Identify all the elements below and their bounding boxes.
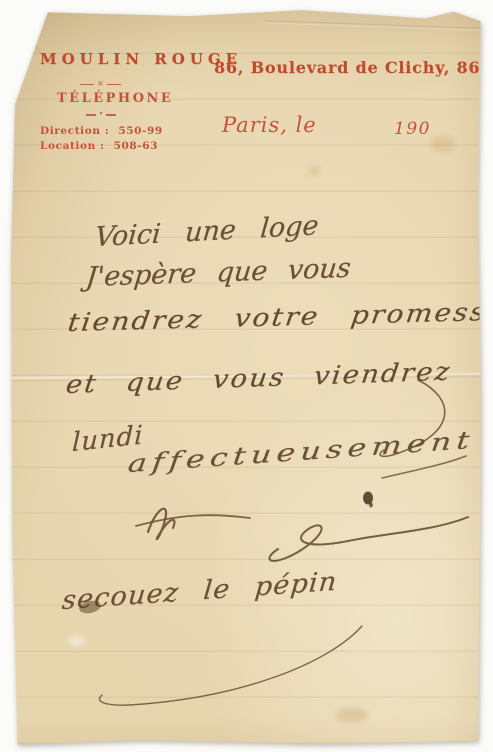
scanned-letter-photo: MOULIN ROUGE × TÉLÉPHONE • Direction : 5… (0, 0, 493, 752)
phone-direction-number: 550-99 (118, 125, 163, 137)
handwriting-line-4: et que vous viendrez (64, 356, 453, 399)
ink-blot (363, 492, 373, 505)
telephone-label: TÉLÉPHONE (57, 91, 173, 106)
dateline-prefix: Paris, le (222, 113, 317, 137)
dateline-year: 190 (394, 119, 431, 139)
handwriting-line-1: Voici une loge (94, 210, 320, 253)
letter-paper: MOULIN ROUGE × TÉLÉPHONE • Direction : 5… (10, 8, 482, 746)
signature-stroke (136, 515, 250, 526)
phone-direction-label: Direction : (40, 125, 109, 137)
brand-title: MOULIN ROUGE (40, 50, 242, 68)
x-ornament-divider: × (80, 80, 121, 88)
handwriting-line-2: J'espère que vous (84, 253, 352, 293)
paper-wrap: MOULIN ROUGE × TÉLÉPHONE • Direction : 5… (10, 8, 482, 746)
ink-blot (369, 503, 373, 508)
signature-stroke (148, 509, 174, 539)
dot-ornament-divider: • (86, 111, 116, 118)
top-crease (265, 20, 482, 31)
age-stain (308, 166, 320, 175)
divider-bar (86, 114, 96, 116)
divider-bar (106, 114, 116, 116)
phone-location-number: 508-63 (114, 140, 159, 152)
dateline: Paris, le 190 (222, 113, 452, 137)
handwriting-line-6: affectueusement (127, 426, 476, 478)
address-line: 86, Boulevard de Clichy, 86 (214, 58, 480, 77)
dot-ornament-icon: • (99, 111, 103, 118)
phone-direction-row: Direction : 550-99 (40, 125, 163, 137)
phone-location-label: Location : (40, 140, 105, 152)
phone-location-row: Location : 508-63 (40, 140, 158, 152)
handwriting-line-3: tiendrez votre promesse (66, 296, 493, 337)
paraph-flourish (100, 626, 362, 705)
age-stain (430, 136, 456, 152)
signature-stroke (269, 517, 468, 561)
divider-bar (80, 84, 94, 85)
age-stain (336, 708, 368, 722)
signature-scrawl (136, 509, 468, 561)
handwriting-postscript: secouez le pépin (61, 567, 339, 617)
paper-fleck (68, 636, 86, 646)
x-ornament-icon: × (97, 80, 104, 88)
divider-bar (107, 84, 121, 85)
